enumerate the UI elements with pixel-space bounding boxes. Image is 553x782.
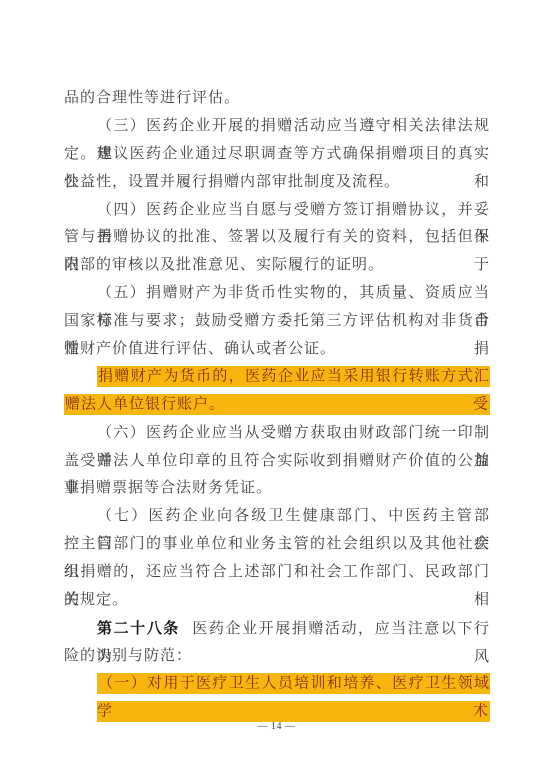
line-text: 赠法人单位银行账户。 xyxy=(65,397,225,413)
text-line: （三）医药企业开展的捐赠活动应当遵守相关法律法规规 xyxy=(64,113,490,141)
line-text: （一）对用于医疗卫生人员培训和培养、医疗卫生领域学术 xyxy=(97,676,490,720)
article-number-heading: 第二十八条 xyxy=(97,620,180,637)
text-line: 管与捐赠协议的批准、签署以及履行有关的资料，包括但不限于 xyxy=(64,224,490,252)
text-line: 第二十八条医药企业开展捐赠活动，应当注意以下行为风 xyxy=(64,615,490,643)
line-text: 内部的审核以及批准意见、实际履行的证明。 xyxy=(64,257,384,273)
text-line: 国家标准与要求；鼓励受赠方委托第三方评估机构对非货币性捐 xyxy=(64,308,490,336)
text-line: （七）医药企业向各级卫生健康部门、中医药主管部门、疾 xyxy=(64,503,490,531)
line-text: 赠财产价值进行评估、确认或者公证。 xyxy=(64,341,336,357)
text-line: 盖受赠法人单位印章的且符合实际收到捐赠财产价值的公益事 xyxy=(64,448,490,476)
text-line: 织捐赠的，还应当符合上述部门和社会工作部门、民政部门的相 xyxy=(64,559,490,587)
line-text: 品的合理性等进行评估。 xyxy=(64,90,240,106)
text-line: （四）医药企业应当自愿与受赠方签订捐赠协议，并妥善保 xyxy=(64,197,490,225)
text-line: （一）对用于医疗卫生人员培训和培养、医疗卫生领域学术 xyxy=(64,671,490,699)
document-page: 品的合理性等进行评估。（三）医药企业开展的捐赠活动应当遵守相关法律法规规定。建议… xyxy=(0,0,553,782)
line-text: 公益性，设置并履行捐赠内部审批制度及流程。 xyxy=(64,174,400,190)
line-text: 关规定。 xyxy=(64,592,128,608)
text-line: 控主管部门的事业单位和业务主管的社会组织以及其他社会组 xyxy=(64,531,490,559)
text-line: （五）捐赠财产为非货币性实物的，其质量、资质应当符合 xyxy=(64,280,490,308)
text-line: （六）医药企业应当从受赠方获取由财政部门统一印制并加 xyxy=(64,420,490,448)
text-line: 捐赠财产为货币的，医药企业应当采用银行转账方式汇入受 xyxy=(64,364,490,392)
text-line: 定。建议医药企业通过尽职调查等方式确保捐赠项目的真实性和 xyxy=(64,141,490,169)
text-line: 业捐赠票据等合法财务凭证。 xyxy=(64,475,490,503)
text-line: 品的合理性等进行评估。 xyxy=(64,85,490,113)
highlighted-text: （一）对用于医疗卫生人员培训和培养、医疗卫生领域学术 xyxy=(97,673,490,722)
document-text-block: 品的合理性等进行评估。（三）医药企业开展的捐赠活动应当遵守相关法律法规规定。建议… xyxy=(64,85,490,699)
highlighted-text: 赠法人单位银行账户。 xyxy=(64,394,226,415)
page-number: — 14 — xyxy=(0,721,553,732)
line-text: 险的识别与防范： xyxy=(64,648,192,664)
line-text: 业捐赠票据等合法财务凭证。 xyxy=(64,480,272,496)
